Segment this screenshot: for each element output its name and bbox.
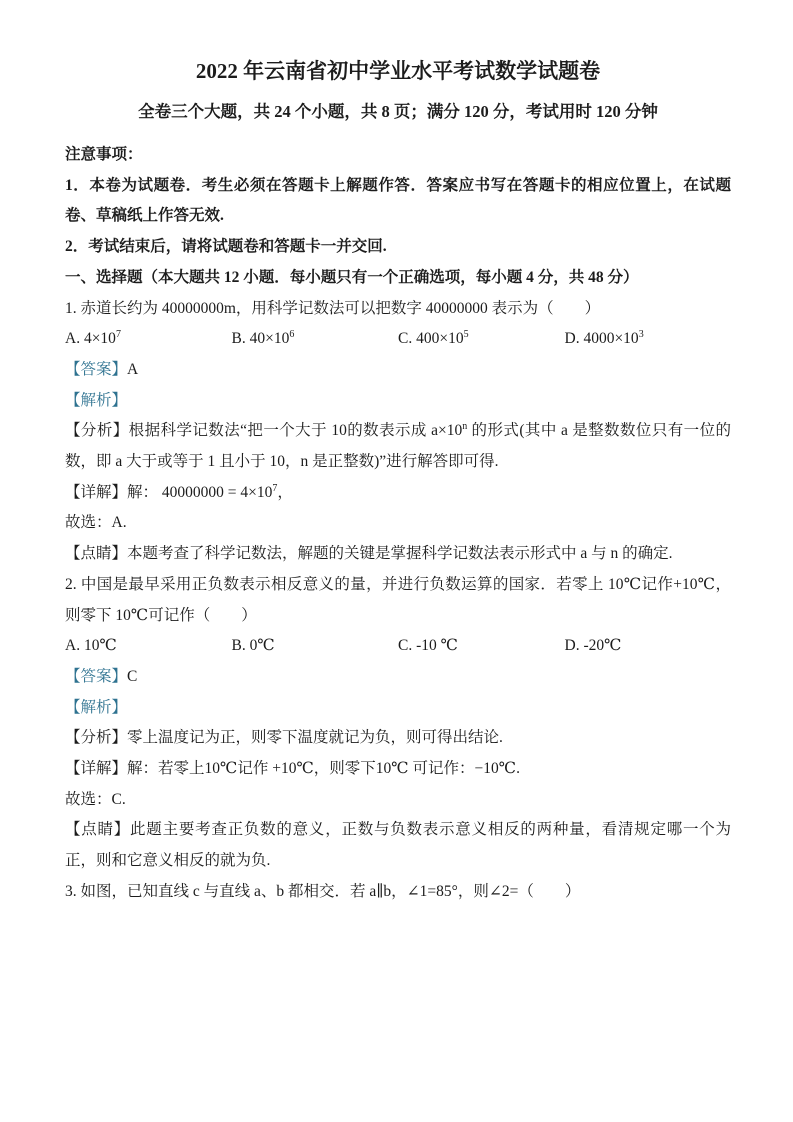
exponent: 7 <box>116 329 121 340</box>
answer-label: 【答案】 <box>65 361 127 378</box>
question-1-options: A. 4×107 B. 40×106 C. 400×105 D. 4000×10… <box>65 324 731 355</box>
question-3-stem: 3. 如图，已知直线 c 与直线 a、b 都相交．若 a∥b，∠1=85°，则∠… <box>65 877 731 908</box>
question-1-answer-line: 【答案】A <box>65 355 731 386</box>
question-1-choice: 故选：A. <box>65 508 731 539</box>
question-1-analysis-heading: 【解析】 <box>65 386 731 417</box>
section-heading: 一、选择题（本大题共 12 小题．每小题只有一个正确选项，每小题 4 分，共 4… <box>65 263 731 294</box>
option-text: C. 400×10 <box>398 330 464 347</box>
analysis-heading-label: 【解析】 <box>65 699 127 716</box>
answer-label: 【答案】 <box>65 668 127 685</box>
detail-text: ， <box>277 484 293 501</box>
exam-paper-page: 2022 年云南省初中学业水平考试数学试题卷 全卷三个大题，共 24 个小题，共… <box>0 0 793 1122</box>
question-1-stem: 1. 赤道长约为 40000000m，用科学记数法可以把数字 40000000 … <box>65 294 731 325</box>
answer-value: C <box>127 668 137 685</box>
page-title: 2022 年云南省初中学业水平考试数学试题卷 <box>65 58 731 85</box>
page-subtitle: 全卷三个大题，共 24 个小题，共 8 页；满分 120 分，考试用时 120 … <box>65 100 731 123</box>
question-1-option-b: B. 40×106 <box>232 324 399 355</box>
question-2-stem: 2. 中国是最早采用正负数表示相反意义的量，并进行负数运算的国家．若零上 10℃… <box>65 570 731 631</box>
question-2-answer-line: 【答案】C <box>65 662 731 693</box>
exponent: 6 <box>289 329 294 340</box>
question-2-analysis-heading: 【解析】 <box>65 693 731 724</box>
option-text: A. 4×10 <box>65 330 116 347</box>
analysis-text: 【分析】根据科学记数法“把一个大于 10的数表示成 a×10 <box>65 422 462 439</box>
question-1-analysis: 【分析】根据科学记数法“把一个大于 10的数表示成 a×10n 的形式(其中 a… <box>65 416 731 477</box>
question-1-detail: 【详解】解： 40000000 = 4×107， <box>65 478 731 509</box>
option-text: D. 4000×10 <box>565 330 639 347</box>
question-1-option-a: A. 4×107 <box>65 324 232 355</box>
detail-text: 【详解】解： 40000000 = 4×10 <box>65 484 272 501</box>
answer-value: A <box>127 361 138 378</box>
analysis-heading-label: 【解析】 <box>65 392 127 409</box>
question-1-option-d: D. 4000×103 <box>565 324 732 355</box>
question-1-option-c: C. 400×105 <box>398 324 565 355</box>
question-2-note: 【点睛】此题主要考查正负数的意义，正数与负数表示意义相反的两种量，看清规定哪一个… <box>65 815 731 876</box>
question-2-analysis: 【分析】零上温度记为正，则零下温度就记为负，则可得出结论. <box>65 723 731 754</box>
exponent: 5 <box>464 329 469 340</box>
exponent: 3 <box>639 329 644 340</box>
question-2-option-d: D. -20℃ <box>565 631 732 662</box>
question-2-detail: 【详解】解：若零上10℃记作 +10℃，则零下10℃ 可记作：−10℃. <box>65 754 731 785</box>
question-2-option-c: C. -10 ℃ <box>398 631 565 662</box>
notice-item-1: 1．本卷为试题卷．考生必须在答题卡上解题作答．答案应书写在答题卡的相应位置上，在… <box>65 171 731 232</box>
question-2-options: A. 10℃ B. 0℃ C. -10 ℃ D. -20℃ <box>65 631 731 662</box>
question-2-option-a: A. 10℃ <box>65 631 232 662</box>
question-2-choice: 故选：C. <box>65 785 731 816</box>
question-1-note: 【点睛】本题考查了科学记数法，解题的关键是掌握科学记数法表示形式中 a 与 n … <box>65 539 731 570</box>
notice-heading: 注意事项： <box>65 140 731 171</box>
question-2-option-b: B. 0℃ <box>232 631 399 662</box>
option-text: B. 40×10 <box>232 330 290 347</box>
notice-item-2: 2．考试结束后，请将试题卷和答题卡一并交回. <box>65 232 731 263</box>
